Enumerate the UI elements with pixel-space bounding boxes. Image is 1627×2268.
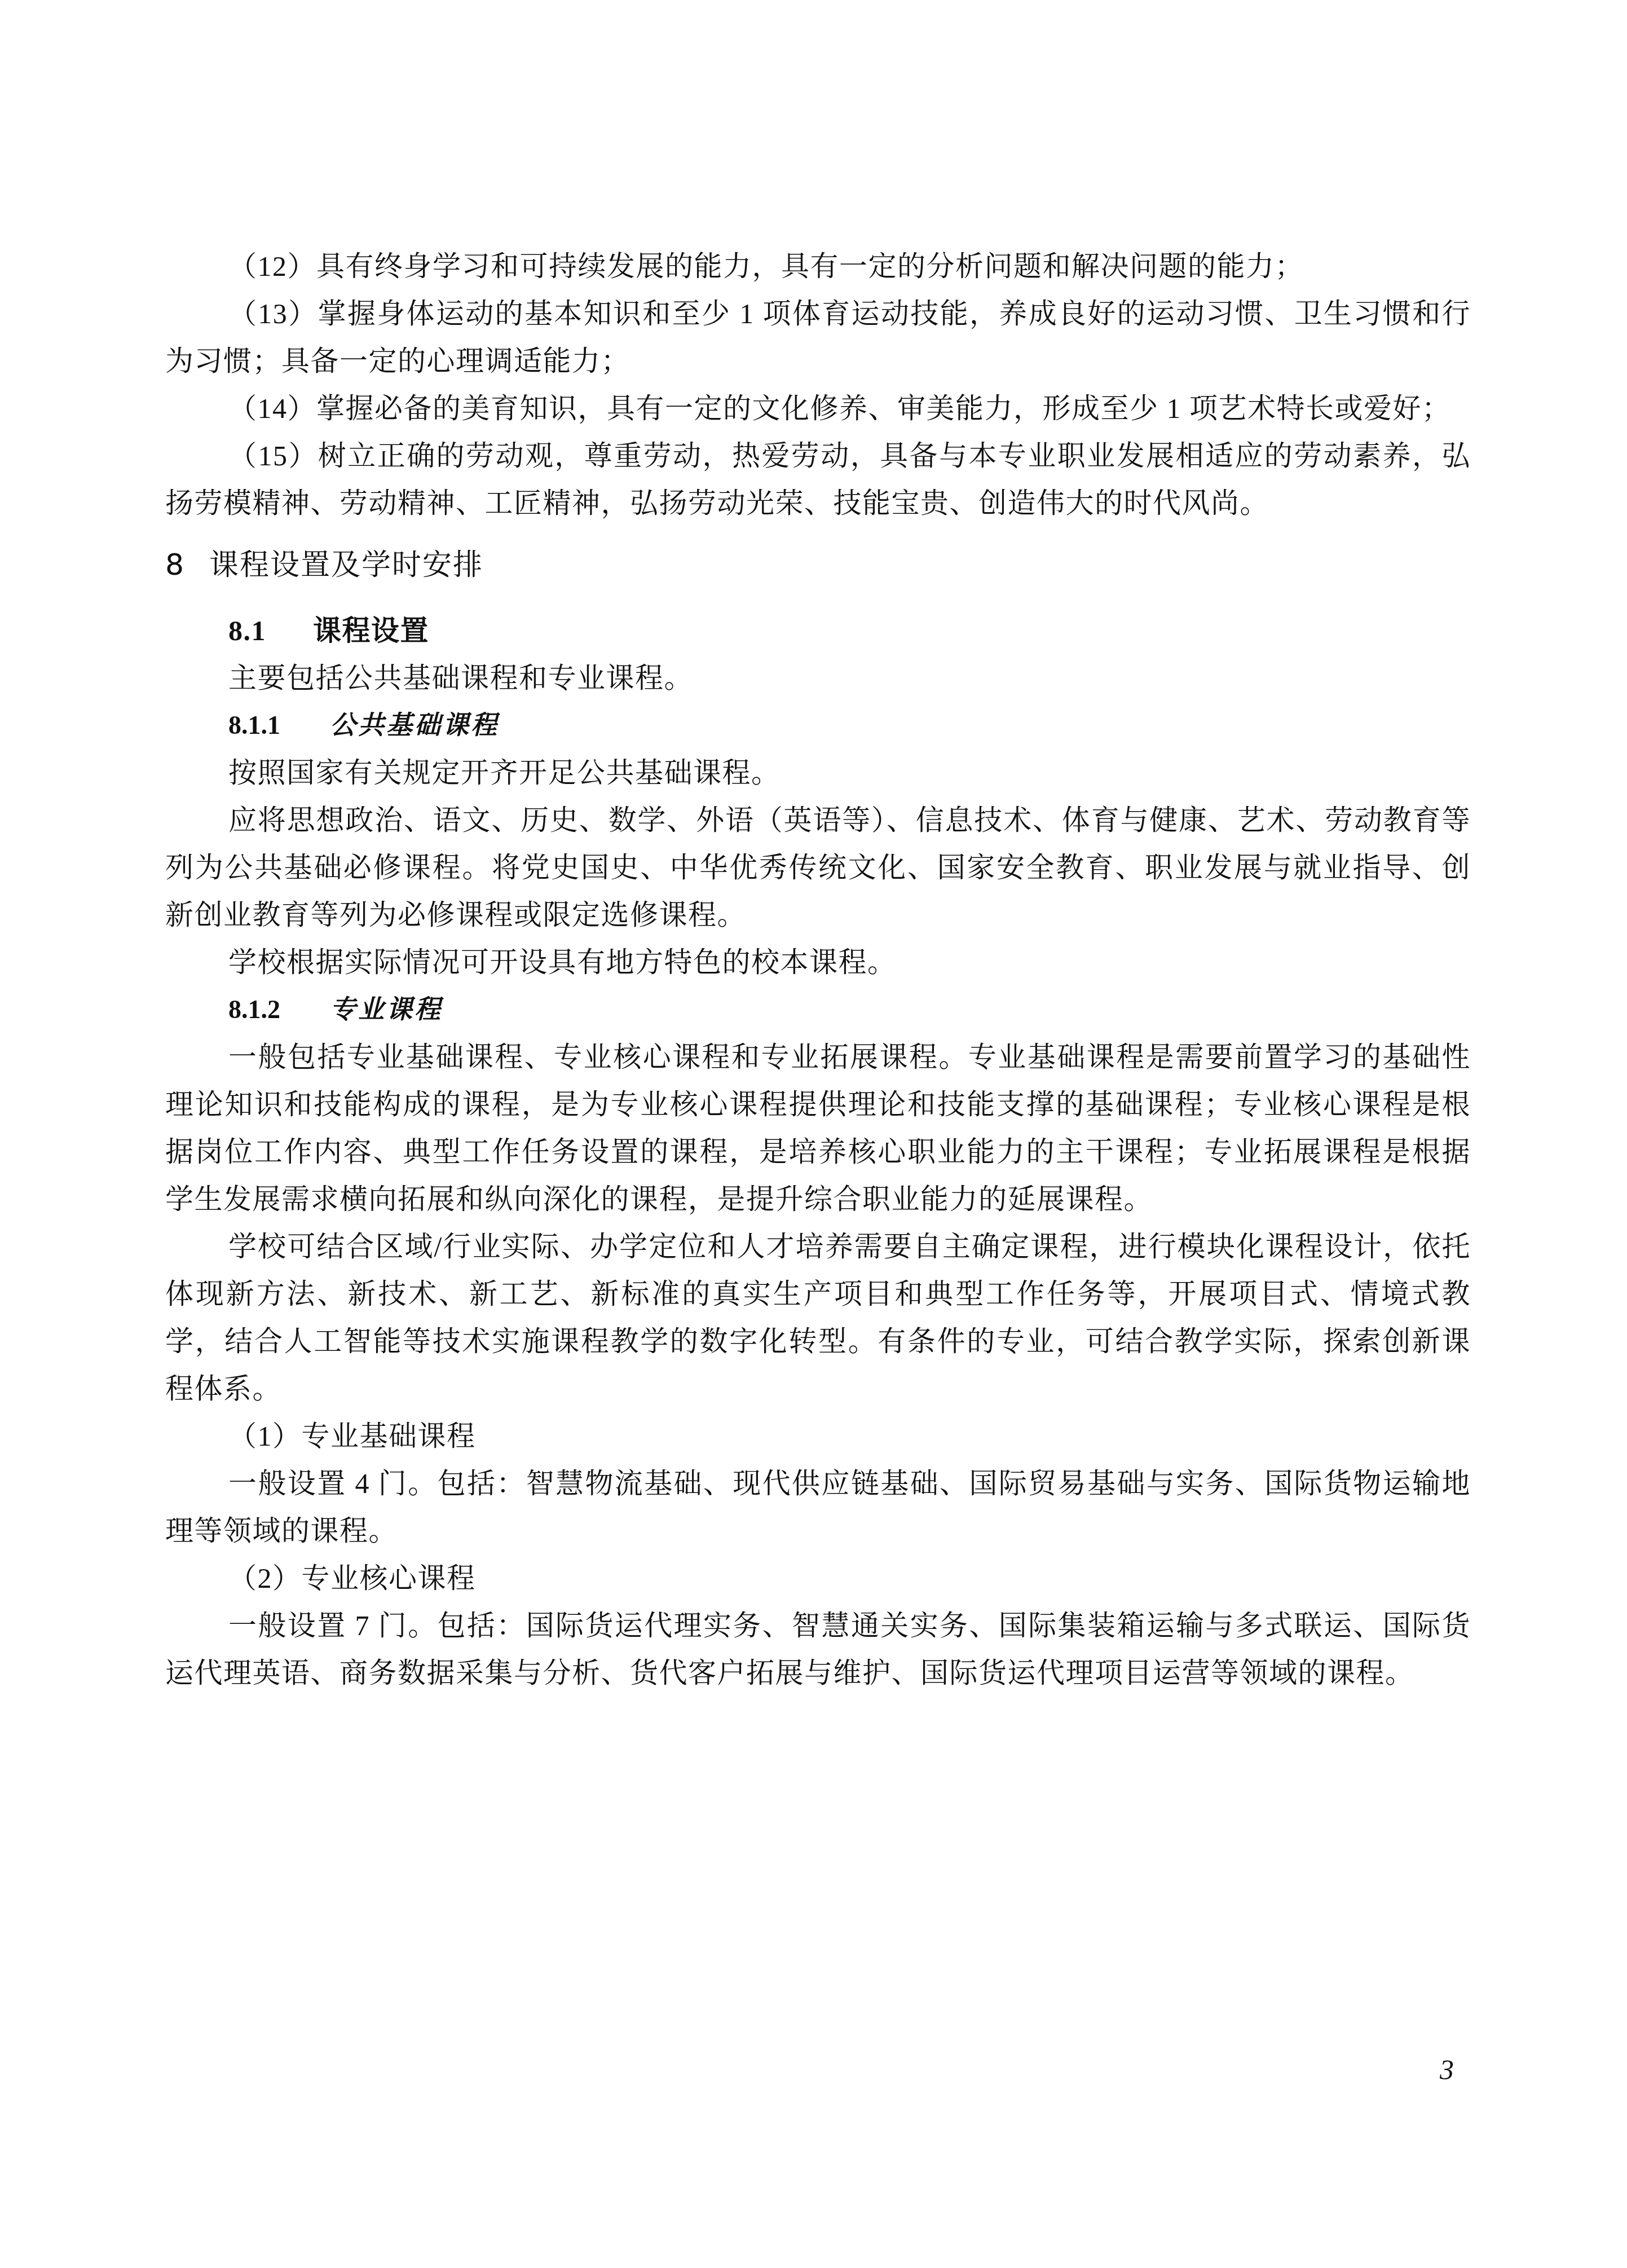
section-number: 8: [165, 541, 209, 589]
page-number: 3: [1440, 2053, 1454, 2086]
paragraph-item-15: （15）树立正确的劳动观，尊重劳动，热爱劳动，具备与本专业职业发展相适应的劳动素…: [165, 432, 1471, 527]
subheading-professional-foundation: （1）专业基础课程: [165, 1412, 1471, 1460]
paragraph: 一般包括专业基础课程、专业核心课程和专业拓展课程。专业基础课程是需要前置学习的基…: [165, 1033, 1471, 1223]
section-title: 专业课程: [330, 995, 443, 1024]
section-title: 课程设置: [313, 615, 429, 646]
section-heading-8-1: 8.1课程设置: [165, 607, 1471, 654]
paragraph: 学校根据实际情况可开设具有地方特色的校本课程。: [165, 939, 1471, 986]
paragraph: 一般设置 4 门。包括：智慧物流基础、现代供应链基础、国际贸易基础与实务、国际货…: [165, 1460, 1471, 1554]
section-number: 8.1: [228, 607, 313, 654]
paragraph: 按照国家有关规定开齐开足公共基础课程。: [165, 749, 1471, 796]
section-heading-8: 8课程设置及学时安排: [165, 541, 1471, 589]
paragraph: 应将思想政治、语文、历史、数学、外语（英语等）、信息技术、体育与健康、艺术、劳动…: [165, 796, 1471, 939]
paragraph-item-12: （12）具有终身学习和可持续发展的能力，具有一定的分析问题和解决问题的能力；: [165, 243, 1471, 290]
section-heading-8-1-1: 8.1.1公共基础课程: [165, 702, 1471, 749]
section-intro: 主要包括公共基础课程和专业课程。: [165, 654, 1471, 702]
paragraph: 一般设置 7 门。包括：国际货运代理实务、智慧通关实务、国际集装箱运输与多式联运…: [165, 1602, 1471, 1697]
paragraph-item-14: （14）掌握必备的美育知识，具有一定的文化修养、审美能力，形成至少 1 项艺术特…: [165, 385, 1471, 432]
section-heading-8-1-2: 8.1.2专业课程: [165, 986, 1471, 1033]
section-number: 8.1.1: [228, 702, 330, 749]
section-title: 课程设置及学时安排: [209, 548, 483, 582]
paragraph-item-13: （13）掌握身体运动的基本知识和至少 1 项体育运动技能，养成良好的运动习惯、卫…: [165, 290, 1471, 385]
section-title: 公共基础课程: [330, 711, 499, 739]
subheading-professional-core: （2）专业核心课程: [165, 1554, 1471, 1602]
paragraph: 学校可结合区域/行业实际、办学定位和人才培养需要自主确定课程，进行模块化课程设计…: [165, 1223, 1471, 1412]
document-page: （12）具有终身学习和可持续发展的能力，具有一定的分析问题和解决问题的能力； （…: [165, 243, 1471, 1697]
section-number: 8.1.2: [228, 986, 330, 1033]
